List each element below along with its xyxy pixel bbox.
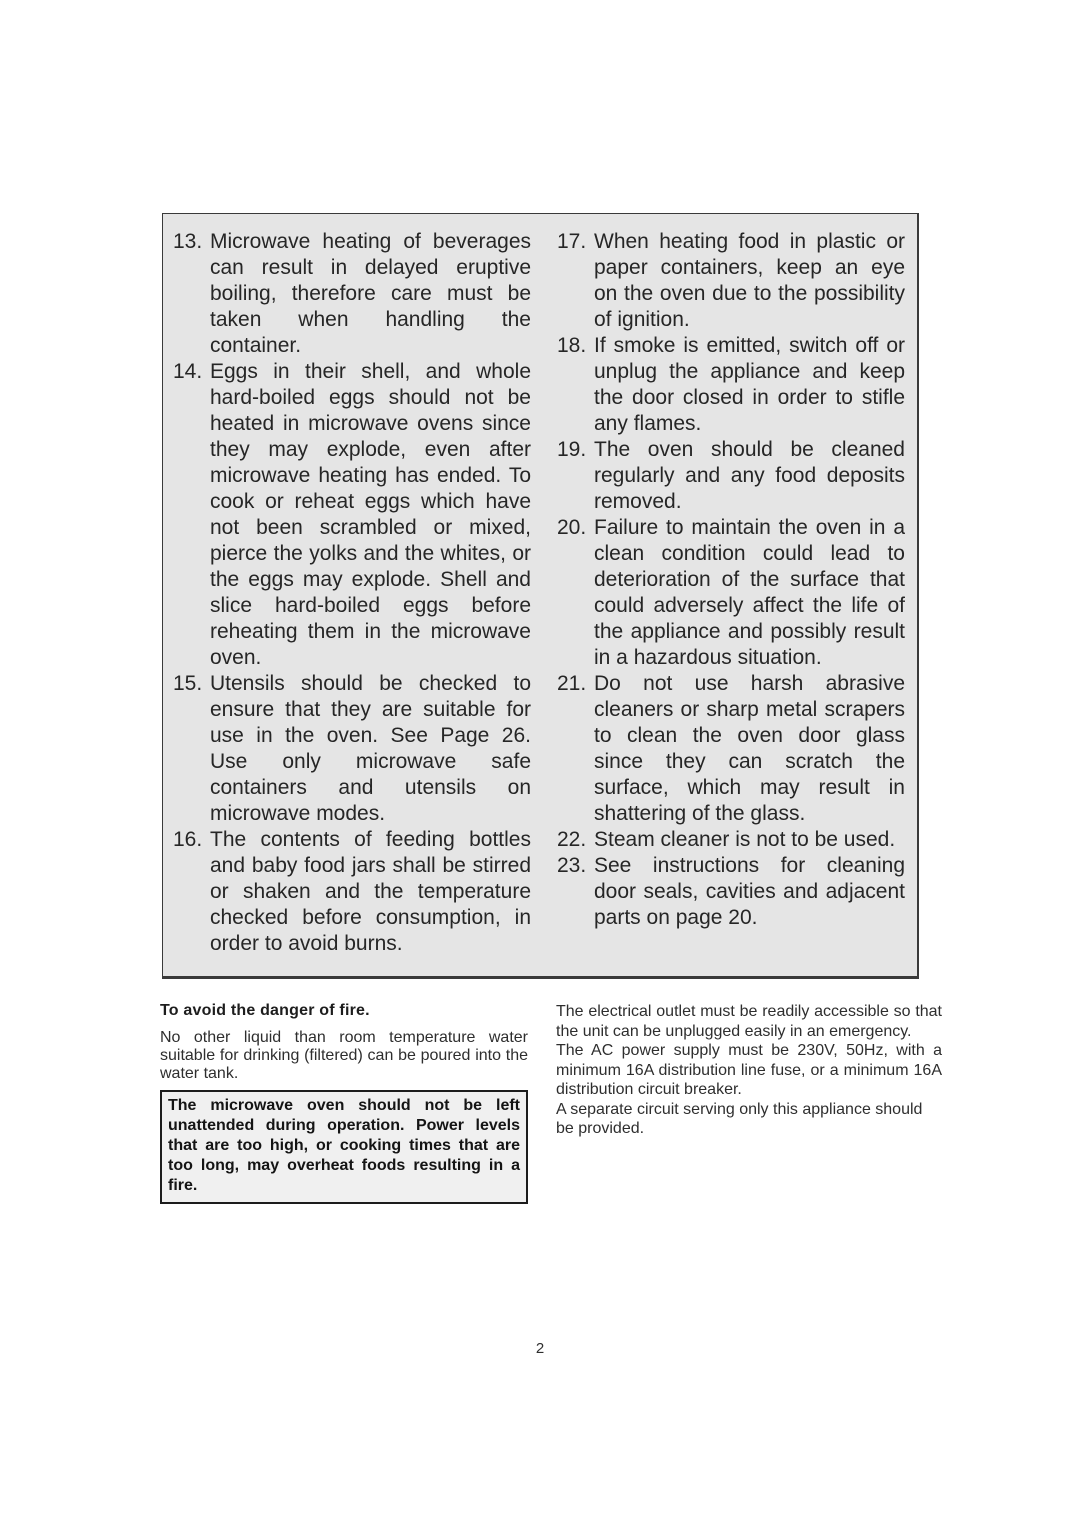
- list-item-text: Microwave heating of beverages can resul…: [210, 230, 531, 357]
- electrical-supply-section: The electrical outlet must be readily ac…: [556, 1002, 942, 1139]
- list-item-number: 18.: [557, 333, 594, 359]
- list-item-text: Eggs in their shell, and whole hard-boil…: [210, 360, 531, 669]
- safety-column-right: 17.When heating food in plastic or paper…: [557, 229, 905, 976]
- list-item-text: Do not use harsh abrasive cleaners or sh…: [594, 672, 905, 825]
- list-item-13: 13.Microwave heating of beverages can re…: [173, 229, 531, 359]
- list-item-number: 15.: [173, 671, 210, 697]
- list-item-text: Steam cleaner is not to be used.: [594, 828, 895, 851]
- list-item-23: 23.See instructions for cleaning door se…: [557, 853, 905, 931]
- unattended-warning-box: The microwave oven should not be left un…: [160, 1090, 528, 1204]
- list-item-text: Utensils should be checked to ensure tha…: [210, 672, 531, 825]
- manual-page: 13.Microwave heating of beverages can re…: [0, 0, 1080, 1524]
- list-item-text: Failure to maintain the oven in a clean …: [594, 516, 905, 669]
- list-item-15: 15.Utensils should be checked to ensure …: [173, 671, 531, 827]
- list-item-text: The oven should be cleaned regularly and…: [594, 438, 905, 513]
- list-item-18: 18.If smoke is emitted, switch off or un…: [557, 333, 905, 437]
- fire-danger-section: To avoid the danger of fire. No other li…: [160, 1002, 528, 1204]
- list-item-text: The contents of feeding bottles and baby…: [210, 828, 531, 955]
- list-item-number: 22.: [557, 827, 594, 853]
- list-item-17: 17.When heating food in plastic or paper…: [557, 229, 905, 333]
- page-number: 2: [0, 1340, 1080, 1357]
- list-item-number: 17.: [557, 229, 594, 255]
- electrical-outlet-paragraph: The electrical outlet must be readily ac…: [556, 1002, 942, 1041]
- safety-instructions-box: 13.Microwave heating of beverages can re…: [162, 213, 919, 979]
- fire-danger-heading: To avoid the danger of fire.: [160, 1002, 528, 1020]
- list-item-20: 20.Failure to maintain the oven in a cle…: [557, 515, 905, 671]
- list-item-text: When heating food in plastic or paper co…: [594, 230, 905, 331]
- fire-danger-body: No other liquid than room temperature wa…: [160, 1029, 528, 1083]
- list-item-14: 14.Eggs in their shell, and whole hard-b…: [173, 359, 531, 671]
- list-item-number: 21.: [557, 671, 594, 697]
- list-item-number: 14.: [173, 359, 210, 385]
- list-item-16: 16.The contents of feeding bottles and b…: [173, 827, 531, 957]
- list-item-22: 22.Steam cleaner is not to be used.: [557, 827, 905, 853]
- list-item-text: See instructions for cleaning door seals…: [594, 854, 905, 929]
- list-item-21: 21.Do not use harsh abrasive cleaners or…: [557, 671, 905, 827]
- list-item-number: 23.: [557, 853, 594, 879]
- ac-power-paragraph: The AC power supply must be 230V, 50Hz, …: [556, 1041, 942, 1100]
- list-item-number: 20.: [557, 515, 594, 541]
- separate-circuit-paragraph: A separate circuit serving only this app…: [556, 1100, 942, 1139]
- list-item-text: If smoke is emitted, switch off or unplu…: [594, 334, 905, 435]
- list-item-number: 16.: [173, 827, 210, 853]
- unattended-warning-text: The microwave oven should not be left un…: [168, 1097, 520, 1194]
- safety-column-left: 13.Microwave heating of beverages can re…: [173, 229, 531, 976]
- list-item-19: 19.The oven should be cleaned regularly …: [557, 437, 905, 515]
- list-item-number: 19.: [557, 437, 594, 463]
- list-item-number: 13.: [173, 229, 210, 255]
